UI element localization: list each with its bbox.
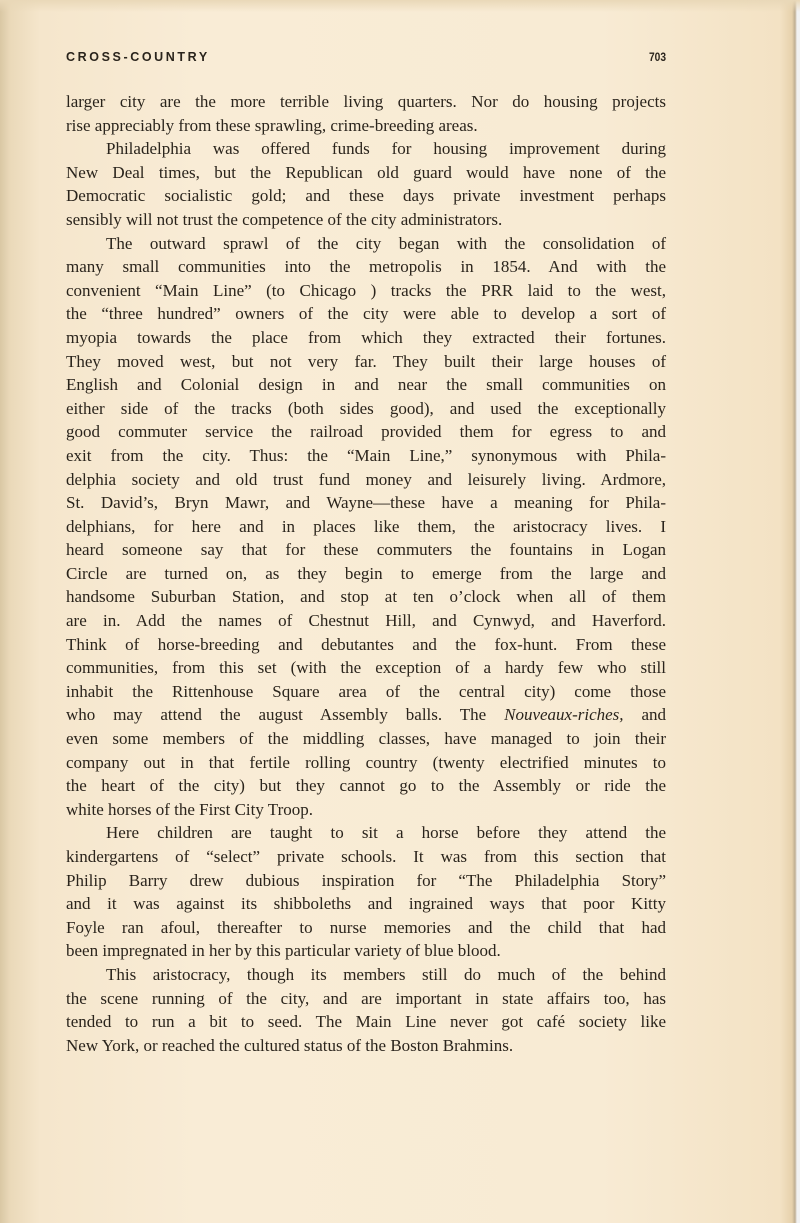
text-line: tended to run a bit to seed. The Main Li… [66,1010,666,1034]
text-line: who may attend the august Assembly balls… [66,703,666,727]
running-head: CROSS-COUNTRY [66,50,210,64]
body-text: larger city are the more terrible living… [66,90,666,1057]
page-top-shadow [0,0,800,12]
text-line: The outward sprawl of the city began wit… [66,232,666,256]
text-line: delphians, for here and in places like t… [66,515,666,539]
text-line: good commuter service the railroad provi… [66,420,666,444]
text-line: and it was against its shibboleths and i… [66,892,666,916]
text-line: inhabit the Rittenhouse Square area of t… [66,680,666,704]
text-line: St. David’s, Bryn Mawr, and Wayne—these … [66,491,666,515]
text-line: This aristocracy, though its members sti… [66,963,666,987]
text-line: kindergartens of “select” private school… [66,845,666,869]
text-line: Think of horse-breeding and debutantes a… [66,633,666,657]
text-line: the scene running of the city, and are i… [66,987,666,1011]
text-line: They moved west, but not very far. They … [66,350,666,374]
text-line: heard someone say that for these commute… [66,538,666,562]
book-page: CROSS-COUNTRY 703 larger city are the mo… [0,0,800,1223]
page-header: CROSS-COUNTRY 703 [66,50,666,70]
text-line: rise appreciably from these sprawling, c… [66,114,666,138]
italic-phrase: Nouveaux-riches, [504,705,623,724]
text-line: Philip Barry drew dubious inspiration fo… [66,869,666,893]
paragraph: larger city are the more terrible living… [66,90,666,137]
text-line: company out in that fertile rolling coun… [66,751,666,775]
text-line: convenient “Main Line” (to Chicago ) tra… [66,279,666,303]
text-line: English and Colonial design in and near … [66,373,666,397]
text-line: larger city are the more terrible living… [66,90,666,114]
paragraph: Here children are taught to sit a horse … [66,821,666,963]
text-line: delphia society and old trust fund money… [66,468,666,492]
text-line: Democratic socialistic gold; and these d… [66,184,666,208]
text-line: Circle are turned on, as they begin to e… [66,562,666,586]
text-line: New Deal times, but the Republican old g… [66,161,666,185]
paragraph: This aristocracy, though its members sti… [66,963,666,1057]
text-line: the “three hundred” owners of the city w… [66,302,666,326]
text-line: been impregnated in her by this particul… [66,939,666,963]
text-line: even some members of the middling classe… [66,727,666,751]
text-line: are in. Add the names of Chestnut Hill, … [66,609,666,633]
text-line: the heart of the city) but they cannot g… [66,774,666,798]
text-line: many small communities into the metropol… [66,255,666,279]
text-line: Foyle ran afoul, thereafter to nurse mem… [66,916,666,940]
text-line: exit from the city. Thus: the “Main Line… [66,444,666,468]
paragraph: Philadelphia was offered funds for housi… [66,137,666,231]
text-line: sensibly will not trust the competence o… [66,208,666,232]
text-line: myopia towards the place from which they… [66,326,666,350]
text-line: either side of the tracks (both sides go… [66,397,666,421]
page-number: 703 [649,50,666,64]
text-line: Philadelphia was offered funds for housi… [66,137,666,161]
text-line: communities, from this set (with the exc… [66,656,666,680]
text-line: white horses of the First City Troop. [66,798,666,822]
text-line: Here children are taught to sit a horse … [66,821,666,845]
text-line: handsome Suburban Station, and stop at t… [66,585,666,609]
paragraph: The outward sprawl of the city began wit… [66,232,666,822]
text-line: New York, or reached the cultured status… [66,1034,666,1058]
